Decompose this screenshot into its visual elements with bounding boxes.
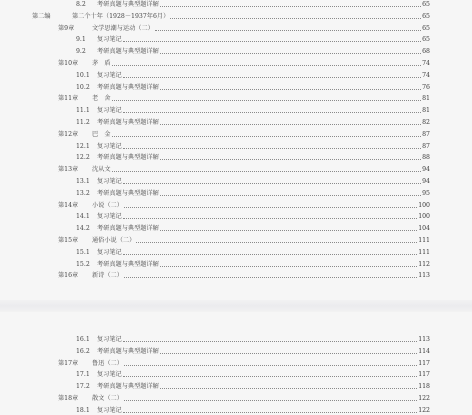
toc-entry[interactable]: 9.2考研真题与典型题详解68 [0, 46, 472, 57]
toc-entry-title: 文学思潮与运动（二） [92, 23, 154, 34]
toc-entry-page: 94 [422, 176, 430, 187]
toc-entry-page: 111 [418, 247, 430, 258]
toc-entry-title: 复习笔记 [97, 334, 122, 345]
toc-entry-title: 复习笔记 [97, 405, 122, 415]
dot-leader [136, 242, 417, 243]
toc-entry-page: 76 [422, 82, 430, 93]
dot-leader [124, 207, 417, 208]
toc-entry-number: 12.1 [76, 141, 90, 152]
toc-entry-number: 14.1 [76, 211, 90, 222]
toc-entry-page: 65 [422, 34, 430, 45]
toc-entry-title: 考研真题与典型题详解 [97, 223, 159, 234]
dot-leader [112, 171, 421, 172]
dot-leader [160, 195, 421, 196]
toc-entry-number: 13.2 [76, 188, 90, 199]
toc-entry-number: 第二编 [32, 11, 51, 22]
toc-entry-page: 122 [418, 405, 430, 415]
dot-leader [123, 183, 421, 184]
toc-entry-title: 考研真题与典型题详解 [97, 346, 159, 357]
toc-entry-number: 第15章 [58, 235, 78, 246]
toc-entry-number: 第17章 [58, 358, 78, 369]
toc-entry[interactable]: 第10章茅 盾74 [0, 58, 472, 69]
toc-entry-number: 9.2 [76, 46, 86, 57]
dot-leader [160, 266, 417, 267]
toc-entry-page: 114 [418, 346, 430, 357]
toc-entry-number: 14.2 [76, 223, 90, 234]
toc-entry[interactable]: 12.2考研真题与典型题详解88 [0, 152, 472, 163]
toc-entry[interactable]: 10.2考研真题与典型题详解76 [0, 82, 472, 93]
toc-entry-title: 考研真题与典型题详解 [97, 0, 159, 10]
toc-entry-number: 17.1 [76, 369, 90, 380]
toc-entry-title: 复习笔记 [97, 247, 122, 258]
toc-entry[interactable]: 11.2考研真题与典型题详解82 [0, 117, 472, 128]
dot-leader [123, 148, 421, 149]
toc-entry-title: 散文（二） [92, 393, 123, 404]
toc-entry-number: 8.2 [76, 0, 86, 10]
toc-entry-number: 11.1 [76, 105, 90, 116]
toc-entry[interactable]: 8.2考研真题与典型题详解65 [0, 0, 472, 10]
toc-entry-number: 13.1 [76, 176, 90, 187]
toc-entry-title: 沈从文 [92, 164, 111, 175]
toc-entry[interactable]: 第9章文学思潮与运动（二）65 [0, 23, 472, 34]
document-page-2: 16.1复习笔记11316.2考研真题与典型题详解114第17章鲁迅（二）117… [0, 312, 472, 415]
toc-entry[interactable]: 12.1复习笔记87 [0, 141, 472, 152]
toc-entry[interactable]: 第11章老 舍81 [0, 93, 472, 104]
toc-entry-page: 104 [418, 223, 430, 234]
toc-entry-page: 94 [422, 164, 430, 175]
toc-entry-number: 16.1 [76, 334, 90, 345]
dot-leader [170, 18, 421, 19]
dot-leader [123, 341, 417, 342]
toc-entry-number: 第9章 [58, 23, 74, 34]
toc-entry[interactable]: 第13章沈从文94 [0, 164, 472, 175]
toc-entry-page: 74 [422, 70, 430, 81]
toc-entry[interactable]: 15.2考研真题与典型题详解112 [0, 259, 472, 270]
toc-entry-number: 12.2 [76, 152, 90, 163]
dot-leader [160, 6, 421, 7]
toc-entry-title: 考研真题与典型题详解 [97, 152, 159, 163]
toc-entry-title: 复习笔记 [97, 34, 122, 45]
toc-entry[interactable]: 11.1复习笔记81 [0, 105, 472, 116]
toc-entry-title: 复习笔记 [97, 369, 122, 380]
dot-leader [123, 218, 417, 219]
toc-entry-page: 82 [422, 117, 430, 128]
toc-entry-title: 老 舍 [92, 93, 111, 104]
dot-leader [123, 254, 417, 255]
toc-entry-title: 考研真题与典型题详解 [97, 259, 159, 270]
dot-leader [123, 376, 417, 377]
toc-entry-title: 复习笔记 [97, 141, 122, 152]
toc-entry-page: 87 [422, 141, 430, 152]
toc-entry-title: 考研真题与典型题详解 [97, 188, 159, 199]
toc-entry-number: 15.2 [76, 259, 90, 270]
dot-leader [160, 230, 417, 231]
toc-entry-number: 第18章 [58, 393, 78, 404]
toc-entry-title: 鲁迅（二） [92, 358, 123, 369]
toc-entry-number: 第11章 [58, 93, 78, 104]
toc-entry[interactable]: 9.1复习笔记65 [0, 34, 472, 45]
toc-entry-number: 10.1 [76, 70, 90, 81]
toc-entry[interactable]: 10.1复习笔记74 [0, 70, 472, 81]
toc-entry-title: 复习笔记 [97, 105, 122, 116]
toc-entry[interactable]: 16.2考研真题与典型题详解114 [0, 346, 472, 357]
dot-leader [112, 65, 421, 66]
toc-entry-number: 16.2 [76, 346, 90, 357]
toc-entry-number: 9.1 [76, 34, 86, 45]
toc-entry[interactable]: 第17章鲁迅（二）117 [0, 358, 472, 369]
toc-entry-number: 15.1 [76, 247, 90, 258]
toc-entry-page: 112 [418, 259, 430, 270]
toc-entry[interactable]: 第16章新诗（二）113 [0, 270, 472, 281]
toc-entry[interactable]: 16.1复习笔记113 [0, 334, 472, 345]
toc-entry-page: 122 [418, 393, 430, 404]
toc-entry[interactable]: 第15章通俗小说（二）111 [0, 235, 472, 246]
dot-leader [160, 124, 421, 125]
toc-entry-title: 考研真题与典型题详解 [97, 46, 159, 57]
toc-entry[interactable]: 14.1复习笔记100 [0, 211, 472, 222]
dot-leader [112, 100, 421, 101]
toc-entry[interactable]: 第二编第二个十年（1928－1937年6月）65 [0, 11, 472, 22]
toc-entry[interactable]: 第14章小说（二）100 [0, 200, 472, 211]
dot-leader [112, 136, 421, 137]
toc-entry-number: 第12章 [58, 129, 78, 140]
toc-entry-page: 81 [422, 93, 430, 104]
toc-entry-number: 第16章 [58, 270, 78, 281]
toc-entry-page: 118 [418, 381, 430, 392]
toc-entry[interactable]: 17.1复习笔记117 [0, 369, 472, 380]
toc-entry-title: 巴 金 [92, 129, 111, 140]
document-page-1: 8.2考研真题与典型题详解65第二编第二个十年（1928－1937年6月）65第… [0, 0, 472, 300]
toc-entry-page: 111 [418, 235, 430, 246]
toc-entry[interactable]: 14.2考研真题与典型题详解104 [0, 223, 472, 234]
toc-entry-title: 考研真题与典型题详解 [97, 82, 159, 93]
toc-entry-page: 65 [422, 23, 430, 34]
toc-entry-page: 113 [418, 270, 430, 281]
toc-entry-title: 复习笔记 [97, 176, 122, 187]
dot-leader [155, 30, 421, 31]
toc-entry-number: 第10章 [58, 58, 78, 69]
toc-entry[interactable]: 第18章散文（二）122 [0, 393, 472, 404]
toc-entry-number: 第13章 [58, 164, 78, 175]
toc-entry-title: 考研真题与典型题详解 [97, 117, 159, 128]
toc-entry-page: 65 [422, 11, 430, 22]
toc-entry[interactable]: 13.1复习笔记94 [0, 176, 472, 187]
toc-entry-page: 87 [422, 129, 430, 140]
toc-entry-page: 95 [422, 188, 430, 199]
toc-entry-title: 第二个十年（1928－1937年6月） [72, 11, 169, 22]
toc-entry-page: 68 [422, 46, 430, 57]
toc-entry-page: 100 [418, 211, 430, 222]
dot-leader [123, 112, 421, 113]
dot-leader [160, 53, 421, 54]
toc-entry-title: 茅 盾 [92, 58, 111, 69]
toc-entry-page: 113 [418, 334, 430, 345]
dot-leader [160, 89, 421, 90]
toc-entry-number: 第14章 [58, 200, 78, 211]
toc-entry-page: 65 [422, 0, 430, 10]
toc-entry-page: 100 [418, 200, 430, 211]
toc-entry-title: 小说（二） [92, 200, 123, 211]
toc-entry[interactable]: 18.1复习笔记122 [0, 405, 472, 415]
dot-leader [123, 77, 421, 78]
toc-entry[interactable]: 第12章巴 金87 [0, 129, 472, 140]
toc-entry-page: 74 [422, 58, 430, 69]
toc-entry-title: 复习笔记 [97, 211, 122, 222]
toc-entry-title: 考研真题与典型题详解 [97, 381, 159, 392]
toc-entry-number: 10.2 [76, 82, 90, 93]
toc-entry[interactable]: 17.2考研真题与典型题详解118 [0, 381, 472, 392]
toc-entry-number: 11.2 [76, 117, 90, 128]
toc-entry-number: 18.1 [76, 405, 90, 415]
dot-leader [124, 277, 417, 278]
toc-entry[interactable]: 15.1复习笔记111 [0, 247, 472, 258]
toc-entry-title: 复习笔记 [97, 70, 122, 81]
dot-leader [124, 400, 417, 401]
toc-entry-page: 88 [422, 152, 430, 163]
dot-leader [123, 41, 421, 42]
dot-leader [123, 412, 417, 413]
toc-entry-page: 117 [418, 358, 430, 369]
page-separator [0, 300, 472, 312]
toc-entry-title: 通俗小说（二） [92, 235, 135, 246]
dot-leader [160, 353, 417, 354]
toc-entry-title: 新诗（二） [92, 270, 123, 281]
dot-leader [124, 365, 417, 366]
dot-leader [160, 159, 421, 160]
toc-entry-number: 17.2 [76, 381, 90, 392]
toc-entry[interactable]: 13.2考研真题与典型题详解95 [0, 188, 472, 199]
dot-leader [160, 388, 417, 389]
toc-entry-page: 117 [418, 369, 430, 380]
toc-entry-page: 81 [422, 105, 430, 116]
